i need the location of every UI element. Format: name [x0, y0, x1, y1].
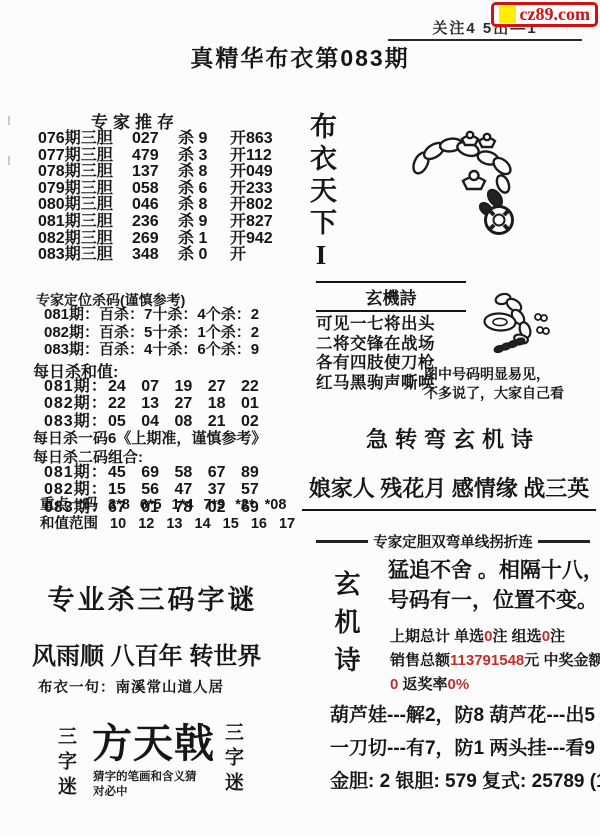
summary-text: 返奖率 [398, 676, 447, 693]
open-cell: 开 [230, 247, 276, 264]
summary-number: 0% [448, 676, 470, 693]
turn-poem-text: 娘家人 残花月 感情缘 战三英 [302, 472, 596, 511]
three-char-riddle-label-left: 三字迷 [52, 726, 79, 801]
list-item: 081期： 24 07 19 27 22 [44, 378, 259, 395]
table-row: 078期三胆 137 杀 8 开049 [38, 164, 276, 181]
three-char-riddle-word: 方天戟 [92, 712, 215, 769]
table-row: 079期三胆 058 杀 6 开233 [38, 181, 276, 198]
scan-tick [8, 156, 10, 165]
open-cell: 开233 [230, 181, 276, 198]
page-title: 真精华布衣第083期 [0, 40, 600, 73]
xuanji-vertical-title: 玄机诗 [327, 570, 364, 695]
table-row: 082期三胆 269 杀 1 开942 [38, 231, 276, 248]
summary-text: 注 [550, 628, 565, 645]
summary-text: 销售总额 [390, 652, 450, 669]
poem-line: 可见一七将出头 [316, 315, 466, 335]
buyi-sheet-page: 关注4 5出—1 cz89.com 真精华布衣第083期 专家推存 076期三胆… [0, 0, 600, 836]
poem-line: 号码有一，位置不变。 [388, 586, 600, 616]
kill-cell: 杀 3 [178, 148, 230, 165]
period-cell: 079期三胆 [38, 181, 132, 198]
ingot-icon [463, 171, 485, 189]
summary-number: 0 [484, 628, 492, 645]
three-char-riddle-note: 猜字的笔画和含义猜 对必中 [93, 770, 197, 800]
dan-cell: 137 [132, 164, 178, 181]
table-row: 083期三胆 348 杀 0 开 [38, 247, 276, 264]
open-cell: 开827 [230, 214, 276, 231]
sales-total-line: 销售总额113791548元 中奖金额 [390, 649, 600, 670]
tip-line: 金胆: 2 银胆: 579 复式: 25789 (1) [330, 766, 600, 793]
turn-poem-title: 急转弯玄机诗 [316, 423, 590, 454]
riddle-text: 风雨顺 八百年 转世界 [32, 636, 261, 671]
list-item: 082期：百杀：5十杀：1个杀：2 [44, 324, 259, 342]
buyi-tianxia-vertical-title: 布衣天下I [302, 112, 341, 287]
scribble-icon [535, 314, 549, 334]
poem-line: 二将交锋在战场 [316, 335, 466, 355]
list-item: 082期： 22 13 27 18 01 [44, 395, 259, 412]
sum-range-label: 和值范围 [40, 516, 98, 532]
separator-line-icon [538, 540, 590, 543]
period-cell: 081期： [44, 464, 108, 481]
summary-text: 元 中奖金额 [524, 652, 600, 669]
xuanji-poem-lines: 猛追不舍 。相隔十八， 号码有一，位置不变。 [388, 556, 600, 616]
tip-line: 一刀切---有7，防1 两头挂---看9 [330, 733, 595, 760]
open-cell: 开802 [230, 197, 276, 214]
dan-cell: 058 [132, 181, 178, 198]
three-char-riddle-label-right: 三字迷 [219, 722, 246, 797]
kill-cell: 杀 0 [178, 247, 230, 264]
dan-cell: 348 [132, 247, 178, 264]
table-row: 076期三胆 027 杀 9 开863 [38, 131, 276, 148]
dan-cell: 269 [132, 231, 178, 248]
kill-cell: 杀 8 [178, 164, 230, 181]
caption-line: 图中号码明显易见， [424, 366, 564, 385]
open-cell: 开049 [230, 164, 276, 181]
table-row: 077期三胆 479 杀 3 开112 [38, 148, 276, 165]
caption-line: 不多说了，大家自己看 [424, 385, 564, 404]
daily-kill-one-note: 每日杀一码6《上期准，谨慎参考》 [33, 427, 266, 448]
period-cell: 076期三胆 [38, 131, 132, 148]
riddle-section-title: 专业杀三码字谜 [30, 578, 275, 617]
tip-line: 葫芦娃---解2，防8 葫芦花---出5 [330, 700, 595, 727]
open-cell: 开863 [230, 131, 276, 148]
last-period-summary: 上期总计 单选0注 组选0注 [390, 625, 565, 646]
list-item: 081期：百杀：7十杀：4个杀：2 [44, 306, 259, 324]
section-separator: 专家定胆双弯单线拐折连 [316, 531, 590, 552]
sales-amount: 113791548 [450, 652, 524, 669]
table-row: 080期三胆 046 杀 8 开802 [38, 197, 276, 214]
dan-cell: 046 [132, 197, 178, 214]
site-logo[interactable]: cz89.com [491, 2, 598, 27]
period-cell: 078期三胆 [38, 164, 132, 181]
dan-cell: 479 [132, 148, 178, 165]
note-line: 猜字的笔画和含义猜 [93, 770, 197, 785]
return-rate-line: 0 返奖率0% [390, 673, 469, 694]
kill-cell: 杀 9 [178, 214, 230, 231]
expert-recommend-table: 076期三胆 027 杀 9 开863 077期三胆 479 杀 3 开112 … [38, 131, 276, 264]
separator-label: 专家定胆双弯单线拐折连 [373, 531, 533, 552]
open-cell: 开112 [230, 148, 276, 165]
dan-cell: 027 [132, 131, 178, 148]
buyi-doodle-illustration [478, 286, 593, 371]
logo-yellow-square-icon [499, 6, 516, 23]
open-cell: 开942 [230, 231, 276, 248]
summary-text: 上期总计 单选 [390, 628, 484, 645]
summary-text: 注 组选 [493, 628, 542, 645]
sum-range-value: 10 12 13 14 15 16 17 [110, 516, 295, 532]
sum-range-line: 和值范围 10 12 13 14 15 16 17 [40, 512, 295, 533]
scan-tick [8, 116, 10, 125]
kill-cell: 杀 6 [178, 181, 230, 198]
dan-cell: 236 [132, 214, 178, 231]
key-one-code-value: 3*8 6*5 1*4 7*9 *2* *08 [108, 497, 286, 513]
key-one-code-line: 重点一码 3*8 6*5 1*4 7*9 *2* *08 [40, 493, 286, 514]
logo-text: cz89.com [520, 4, 590, 25]
daily-kill-sum-rows: 081期： 24 07 19 27 22 082期： 22 13 27 18 0… [44, 378, 259, 430]
period-cell: 082期三胆 [38, 231, 132, 248]
key-one-code-label: 重点一码 [40, 497, 98, 513]
period-cell: 081期： [44, 378, 108, 395]
note-line: 对必中 [93, 785, 197, 800]
kill-cell: 杀 1 [178, 231, 230, 248]
table-row: 081期三胆 236 杀 9 开827 [38, 214, 276, 231]
ingot-icon [479, 134, 495, 147]
period-cell: 080期三胆 [38, 197, 132, 214]
drawing-caption: 图中号码明显易见， 不多说了，大家自己看 [424, 366, 564, 404]
poem-line: 猛追不舍 。相隔十八， [388, 556, 600, 586]
kill-cell: 杀 8 [178, 197, 230, 214]
position-kill-rows: 081期：百杀：7十杀：4个杀：2 082期：百杀：5十杀：1个杀：2 083期… [44, 306, 259, 359]
list-item: 081期： 45 69 58 67 89 [44, 464, 259, 481]
buyi-beads-illustration [403, 116, 588, 271]
period-cell: 083期三胆 [38, 247, 132, 264]
mystic-poem-title: 玄機詩 [316, 281, 466, 312]
separator-line-icon [316, 540, 368, 543]
list-item: 083期：百杀：4十杀：6个杀：9 [44, 341, 259, 359]
numbers-cell: 22 13 27 18 01 [108, 395, 259, 412]
period-cell: 082期： [44, 395, 108, 412]
summary-number: 0 [542, 628, 550, 645]
ingot-icon [462, 132, 478, 145]
period-cell: 081期三胆 [38, 214, 132, 231]
numbers-cell: 24 07 19 27 22 [108, 378, 259, 395]
buyi-sentence: 布衣一句：南溪常山道人居 [38, 676, 224, 697]
kill-cell: 杀 9 [178, 131, 230, 148]
period-cell: 077期三胆 [38, 148, 132, 165]
numbers-cell: 45 69 58 67 89 [108, 464, 259, 481]
